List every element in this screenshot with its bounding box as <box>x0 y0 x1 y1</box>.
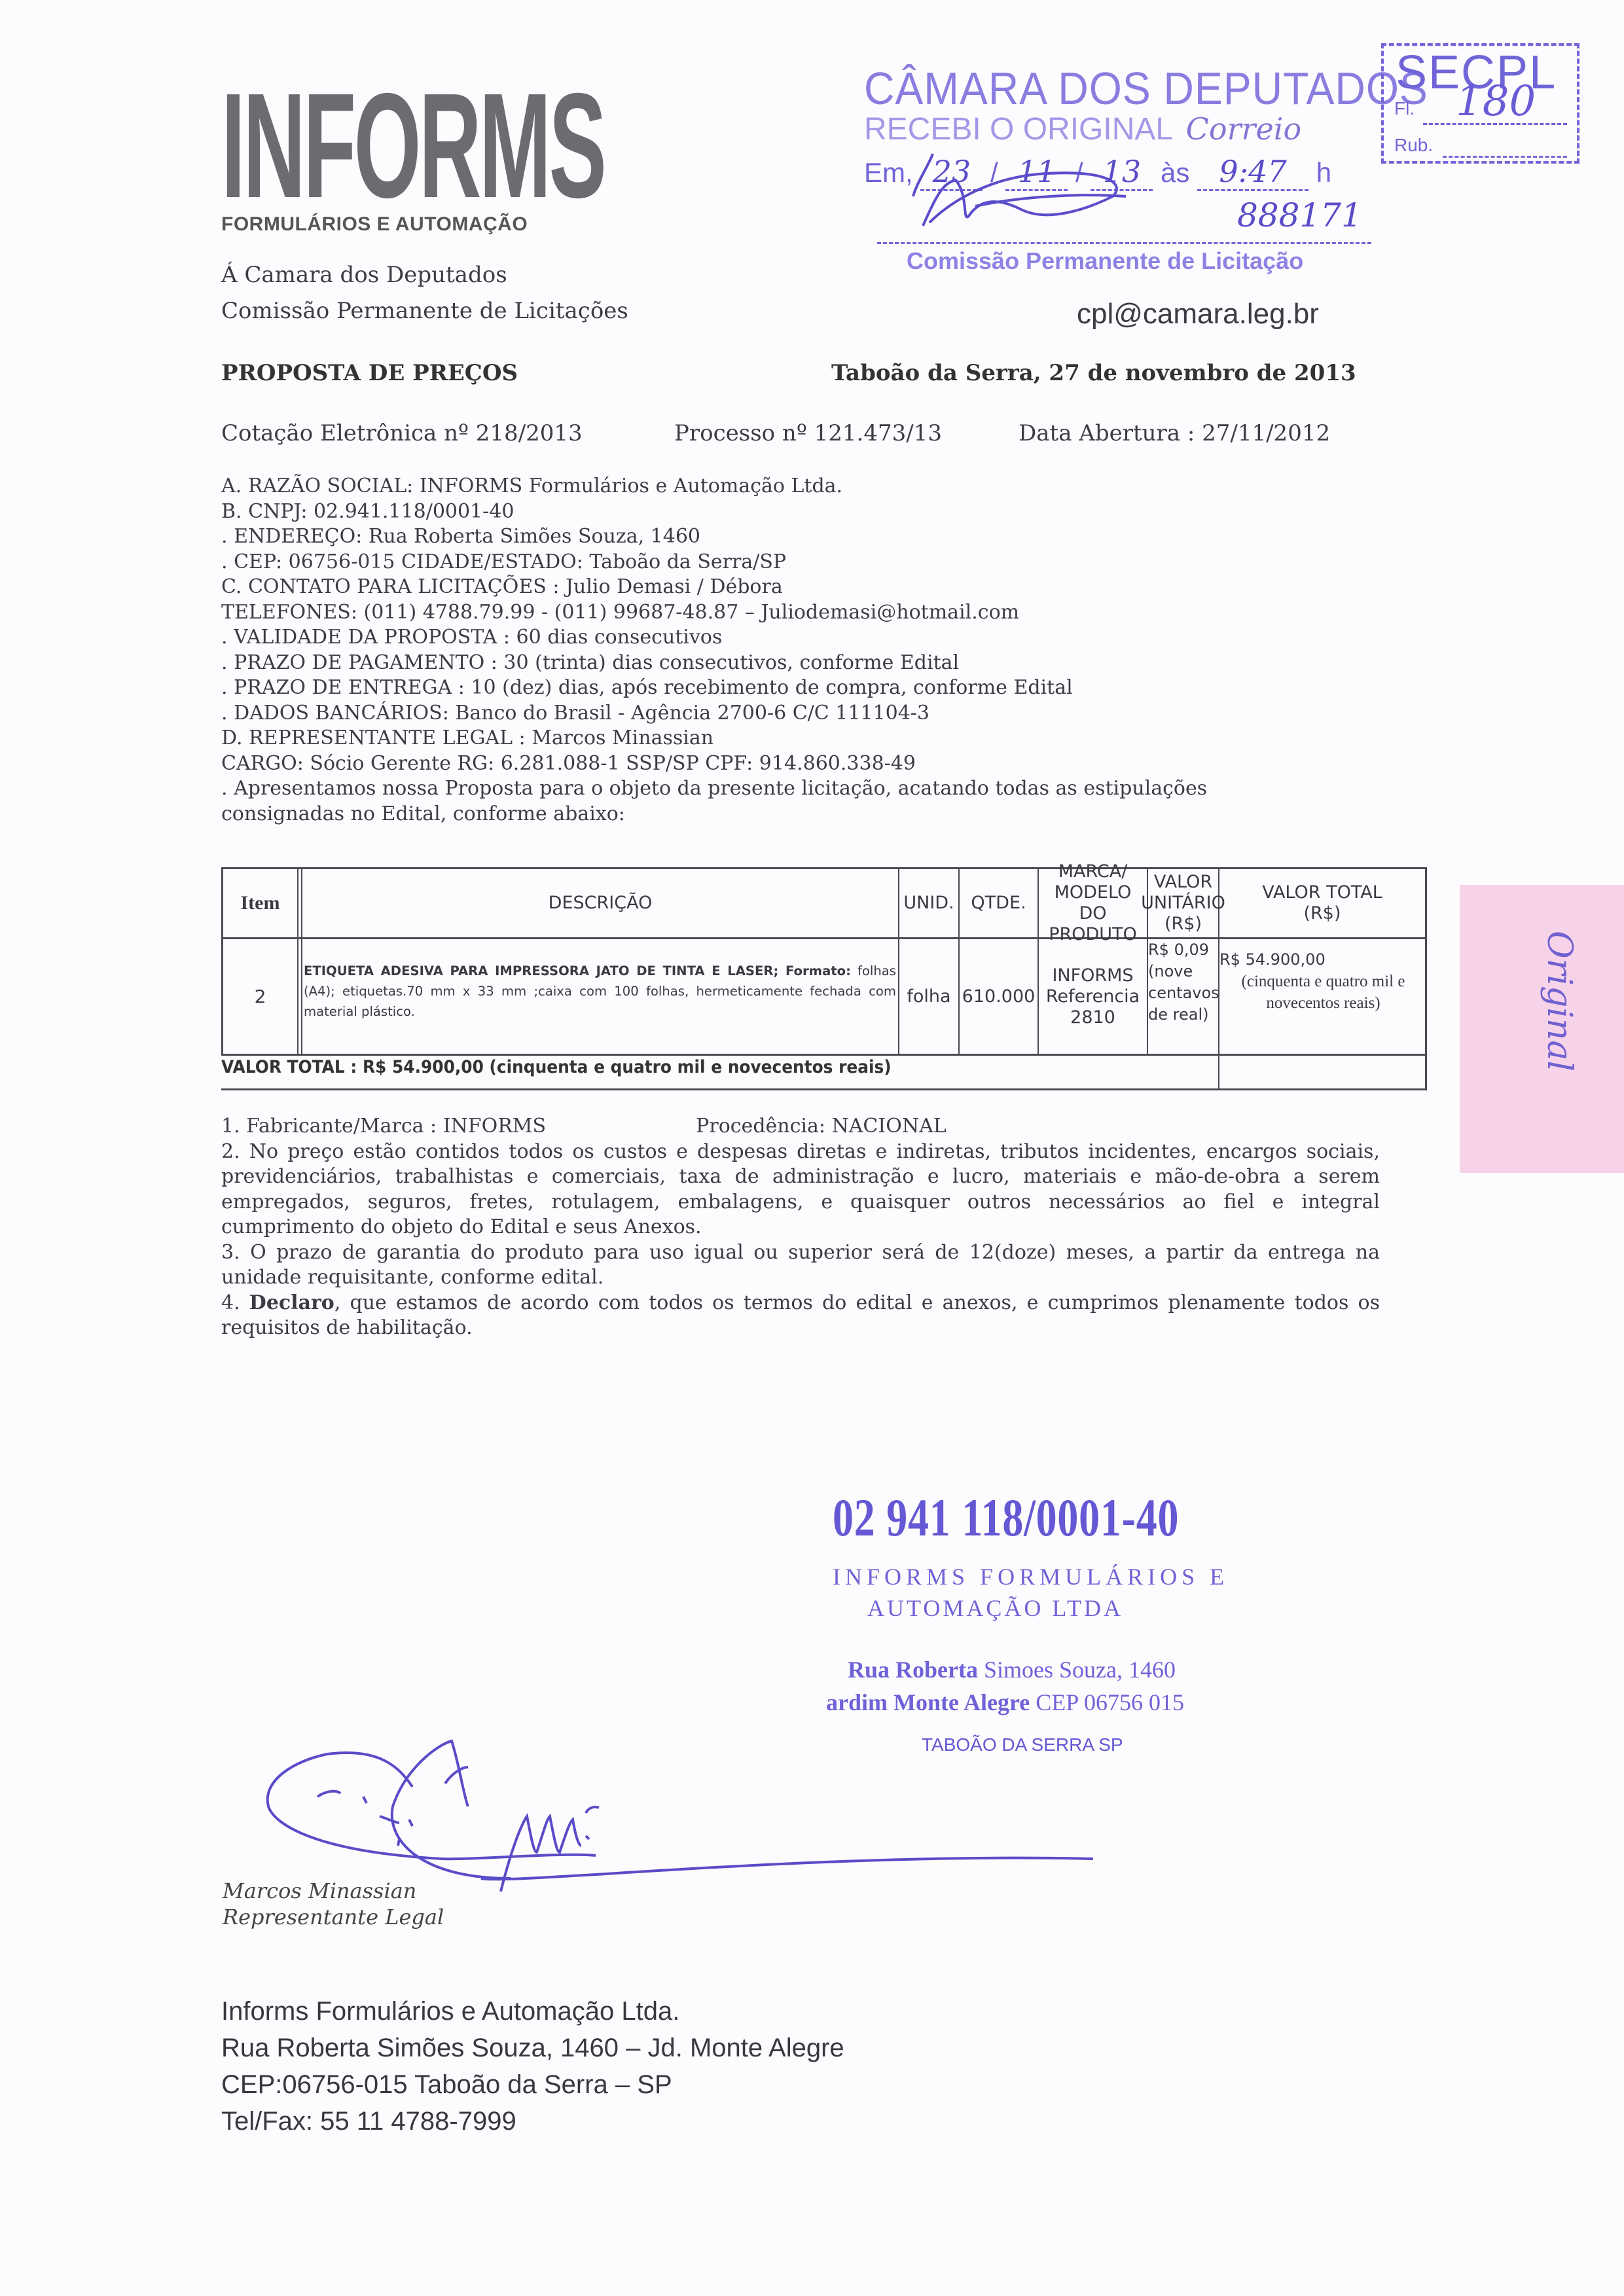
note-4-rest: , que estamos de acordo com todos os ter… <box>221 1291 1380 1340</box>
page-stamp-rub-label: Rub. <box>1394 135 1433 156</box>
company-stamp-name-line1: INFORMS FORMULÁRIOS E <box>833 1563 1229 1590</box>
field-razao-social: A. RAZÃO SOCIAL: INFORMS Formulários e A… <box>221 474 1207 499</box>
field-telefones: TELEFONES: (011) 4788.79.99 - (011) 9968… <box>221 600 1207 626</box>
received-label: RECEBI O ORIGINAL <box>864 112 1172 147</box>
header-marca: MARCA/ MODELO DO PRODUTO <box>1039 869 1147 937</box>
addressee-line2: Comissão Permanente de Licitações <box>221 298 628 324</box>
page-stamp-rub-line <box>1443 156 1567 158</box>
data-abertura: Data Abertura : 27/11/2012 <box>1019 420 1330 446</box>
field-contato: C. CONTATO PARA LICITAÇÕES : Julio Demas… <box>221 575 1207 600</box>
footer-address: Rua Roberta Simões Souza, 1460 – Jd. Mon… <box>221 2030 844 2066</box>
table-border <box>221 1054 1427 1056</box>
note-4: 4. Declaro, que estamos de acordo com to… <box>221 1291 1380 1341</box>
time-suffix: h <box>1316 157 1331 188</box>
company-stamp-city: TABOÃO DA SERRA SP <box>922 1734 1123 1755</box>
field-apresentamos: . Apresentamos nossa Proposta para o obj… <box>221 776 1207 802</box>
document-title: PROPOSTA DE PREÇOS <box>221 360 518 386</box>
field-cnpj: B. CNPJ: 02.941.118/0001-40 <box>221 499 1207 525</box>
date-prefix: Em, <box>864 157 913 188</box>
table-border <box>221 937 1427 939</box>
row-valor-total: R$ 54.900,00 (cinquenta e quatro mil e n… <box>1219 949 1427 1014</box>
row-marca: INFORMS Referencia 2810 <box>1039 939 1147 1054</box>
time-prefix: às <box>1161 157 1189 188</box>
note-1-procedencia: Procedência: NACIONAL <box>696 1115 947 1138</box>
note-4-prefix: 4. <box>221 1291 249 1314</box>
page-stamp-fl-label: Fl. <box>1394 98 1415 119</box>
addressee-email[interactable]: cpl@camara.leg.br <box>1077 298 1319 331</box>
company-logo-subtitle: FORMULÁRIOS E AUTOMAÇÃO <box>221 213 528 236</box>
note-2: 2. No preço estão contidos todos os cust… <box>221 1139 1380 1240</box>
field-validade: . VALIDADE DA PROPOSTA : 60 dias consecu… <box>221 625 1207 651</box>
field-prazo-entrega: . PRAZO DE ENTREGA : 10 (dez) dias, após… <box>221 675 1207 701</box>
row-qtde: 610.000 <box>960 939 1038 1054</box>
receipt-time: 9:47 <box>1197 154 1308 191</box>
company-stamp-street-bold: Rua Roberta <box>848 1657 978 1683</box>
field-consignadas: consignadas no Edital, conforme abaixo: <box>221 802 1207 827</box>
row-valor-total-num: R$ 54.900,00 <box>1219 949 1427 971</box>
signatory-role: Representante Legal <box>223 1905 444 1929</box>
receipt-handwritten-number: 888171 <box>1237 196 1362 234</box>
receipt-stamp-title: CÂMARA DOS DEPUTADOS <box>864 62 1428 115</box>
company-stamp-street-rest: Simoes Souza, 1460 <box>978 1657 1176 1683</box>
note-4-bold: Declaro <box>249 1291 334 1314</box>
receipt-year: 13 <box>1091 154 1153 191</box>
table-border <box>221 1088 1427 1090</box>
page-stamp-fl-value: 180 <box>1456 77 1536 126</box>
field-cargo: CARGO: Sócio Gerente RG: 6.281.088-1 SSP… <box>221 751 1207 777</box>
note-3: 3. O prazo de garantia do produto para u… <box>221 1240 1380 1291</box>
field-dados-bancarios: . DADOS BANCÁRIOS: Banco do Brasil - Agê… <box>221 701 1207 726</box>
header-unid: UNID. <box>899 869 958 937</box>
sticky-note-handwriting: Original <box>1540 931 1579 1071</box>
note-1: 1. Fabricante/Marca : INFORMS Procedênci… <box>221 1114 1380 1139</box>
company-stamp-district: ardim Monte Alegre CEP 06756 015 <box>826 1689 1184 1716</box>
company-stamp-name-line2: AUTOMAÇÃO LTDA <box>867 1594 1123 1622</box>
field-cep-cidade: . CEP: 06756-015 CIDADE/ESTADO: Taboão d… <box>221 550 1207 575</box>
header-descricao: DESCRIÇÃO <box>302 869 898 937</box>
header-valor-total: VALOR TOTAL (R$) <box>1219 869 1425 937</box>
row-valor-unitario-extenso: (nove centavos de real) <box>1148 961 1216 1026</box>
signatory-name: Marcos Minassian <box>223 1878 416 1903</box>
table-border <box>297 867 298 1056</box>
row-descricao: ETIQUETA ADESIVA PARA IMPRESSORA JATO DE… <box>304 961 896 1022</box>
grand-total: VALOR TOTAL : R$ 54.900,00 (cinquenta e … <box>221 1057 892 1077</box>
company-stamp-street: Rua Roberta Simoes Souza, 1460 <box>848 1656 1176 1683</box>
row-valor-unitario: R$ 0,09 (nove centavos de real) <box>1148 939 1216 1026</box>
receipt-stamp-received: RECEBI O ORIGINAL Correio <box>864 111 1301 147</box>
footer-contact: Informs Formulários e Automação Ltda. Ru… <box>221 1993 844 2140</box>
header-qtde: QTDE. <box>960 869 1038 937</box>
header-valor-unitario: VALOR UNITÁRIO (R$) <box>1148 869 1218 937</box>
cotacao-reference: Cotação Eletrônica nº 218/2013 <box>221 420 583 446</box>
receipt-stamp-date: Em, 23 / 11 / 13 às 9:47 h <box>864 154 1331 191</box>
footer-telfax: Tel/Fax: 55 11 4788-7999 <box>221 2103 844 2140</box>
receipt-stamp-department: Comissão Permanente de Licitação <box>907 247 1303 275</box>
row-descricao-bold: ETIQUETA ADESIVA PARA IMPRESSORA JATO DE… <box>304 963 851 978</box>
company-stamp-cnpj: 02 941 118/0001-40 <box>833 1487 1179 1549</box>
receipt-month: 11 <box>1005 154 1068 191</box>
receipt-day: 23 <box>920 154 983 191</box>
proposal-notes: 1. Fabricante/Marca : INFORMS Procedênci… <box>221 1114 1380 1341</box>
row-item: 2 <box>223 939 297 1054</box>
company-logo: INFORMS <box>221 84 604 208</box>
footer-cep-city: CEP:06756-015 Taboão da Serra – SP <box>221 2066 844 2103</box>
company-stamp-cep: CEP 06756 015 <box>1030 1689 1184 1715</box>
company-fields: A. RAZÃO SOCIAL: INFORMS Formulários e A… <box>221 474 1207 827</box>
receipt-signature-line <box>877 242 1371 244</box>
processo-reference: Processo nº 121.473/13 <box>674 420 942 446</box>
row-unid: folha <box>899 939 958 1054</box>
header-item: Item <box>223 869 297 937</box>
company-stamp-district-bold: ardim Monte Alegre <box>826 1689 1030 1715</box>
row-valor-unitario-num: R$ 0,09 <box>1148 939 1216 961</box>
footer-company: Informs Formulários e Automação Ltda. <box>221 1993 844 2030</box>
price-table: Item DESCRIÇÃO UNID. QTDE. MARCA/ MODELO… <box>221 867 1427 1090</box>
field-endereco: . ENDEREÇO: Rua Roberta Simões Souza, 14… <box>221 524 1207 550</box>
row-valor-total-extenso: (cinquenta e quatro mil e novecentos rea… <box>1219 971 1427 1014</box>
note-1-fabricante: 1. Fabricante/Marca : INFORMS <box>221 1115 546 1138</box>
place-and-date: Taboão da Serra, 27 de novembro de 2013 <box>831 360 1356 386</box>
addressee-line1: Á Camara dos Deputados <box>221 262 507 288</box>
field-representante: D. REPRESENTANTE LEGAL : Marcos Minassia… <box>221 726 1207 751</box>
field-prazo-pagamento: . PRAZO DE PAGAMENTO : 30 (trinta) dias … <box>221 651 1207 676</box>
sticky-note: Original <box>1460 885 1624 1173</box>
received-via-handwritten: Correio <box>1186 111 1302 147</box>
page-number-stamp: SECPL Fl. 180 Rub. <box>1381 43 1579 164</box>
